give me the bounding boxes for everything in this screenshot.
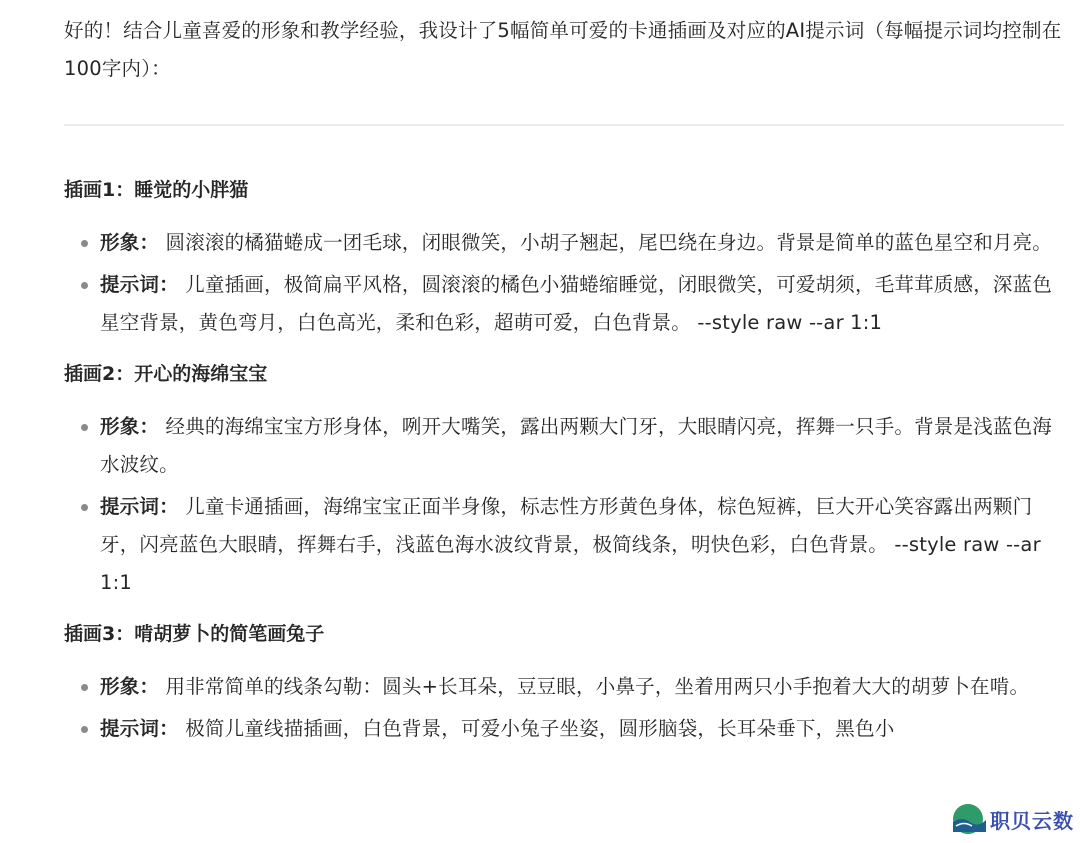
item-text: 用非常简单的线条勾勒：圆头+长耳朵，豆豆眼，小鼻子，坐着用两只小手抱着大大的胡萝… bbox=[159, 675, 1029, 698]
list-item: 形象： 圆滚滚的橘猫蜷成一团毛球，闭眼微笑，小胡子翘起，尾巴绕在身边。背景是简单… bbox=[64, 224, 1064, 262]
section-title: 插画3：啃胡萝卜的简笔画兔子 bbox=[64, 614, 1064, 654]
bullet-icon bbox=[81, 424, 88, 431]
item-label: 提示词： bbox=[100, 495, 179, 518]
item-text: 圆滚滚的橘猫蜷成一团毛球，闭眼微笑，小胡子翘起，尾巴绕在身边。背景是简单的蓝色星… bbox=[159, 231, 1052, 254]
item-label: 提示词： bbox=[100, 717, 179, 740]
list-item: 形象： 用非常简单的线条勾勒：圆头+长耳朵，豆豆眼，小鼻子，坐着用两只小手抱着大… bbox=[64, 668, 1064, 706]
section-title: 插画1：睡觉的小胖猫 bbox=[64, 170, 1064, 210]
item-text: 极简儿童线描插画，白色背景，可爱小兔子坐姿，圆形脑袋，长耳朵垂下，黑色小 bbox=[179, 717, 895, 740]
section-list: 形象： 用非常简单的线条勾勒：圆头+长耳朵，豆豆眼，小鼻子，坐着用两只小手抱着大… bbox=[64, 668, 1064, 748]
item-text: 儿童卡通插画，海绵宝宝正面半身像，标志性方形黄色身体，棕色短裤，巨大开心笑容露出… bbox=[100, 495, 1041, 594]
list-item: 提示词： 极简儿童线描插画，白色背景，可爱小兔子坐姿，圆形脑袋，长耳朵垂下，黑色… bbox=[64, 710, 1064, 748]
bullet-icon bbox=[81, 282, 88, 289]
bullet-icon bbox=[81, 684, 88, 691]
watermark: 职贝云数 bbox=[950, 798, 1075, 840]
list-item: 提示词： 儿童卡通插画，海绵宝宝正面半身像，标志性方形黄色身体，棕色短裤，巨大开… bbox=[64, 488, 1064, 602]
item-label: 提示词： bbox=[100, 273, 179, 296]
list-item: 形象： 经典的海绵宝宝方形身体，咧开大嘴笑，露出两颗大门牙，大眼睛闪亮，挥舞一只… bbox=[64, 408, 1064, 484]
item-text: 经典的海绵宝宝方形身体，咧开大嘴笑，露出两颗大门牙，大眼睛闪亮，挥舞一只手。背景… bbox=[100, 415, 1052, 476]
item-label: 形象： bbox=[100, 231, 159, 254]
bullet-icon bbox=[81, 504, 88, 511]
section-title: 插画2：开心的海绵宝宝 bbox=[64, 354, 1064, 394]
item-text: 儿童插画，极简扁平风格，圆滚滚的橘色小猫蜷缩睡觉，闭眼微笑，可爱胡须，毛茸茸质感… bbox=[100, 273, 1052, 334]
watermark-text: 职贝云数 bbox=[990, 805, 1074, 834]
list-item: 提示词： 儿童插画，极简扁平风格，圆滚滚的橘色小猫蜷缩睡觉，闭眼微笑，可爱胡须，… bbox=[64, 266, 1064, 342]
bullet-icon bbox=[81, 726, 88, 733]
watermark-logo-icon bbox=[950, 802, 988, 836]
bullet-icon bbox=[81, 240, 88, 247]
section-list: 形象： 经典的海绵宝宝方形身体，咧开大嘴笑，露出两颗大门牙，大眼睛闪亮，挥舞一只… bbox=[64, 408, 1064, 602]
chat-message: 好的！结合儿童喜爱的形象和教学经验，我设计了5幅简单可爱的卡通插画及对应的AI提… bbox=[64, 0, 1064, 752]
item-label: 形象： bbox=[100, 675, 159, 698]
item-label: 形象： bbox=[100, 415, 159, 438]
intro-text: 好的！结合儿童喜爱的形象和教学经验，我设计了5幅简单可爱的卡通插画及对应的AI提… bbox=[64, 12, 1064, 88]
section-list: 形象： 圆滚滚的橘猫蜷成一团毛球，闭眼微笑，小胡子翘起，尾巴绕在身边。背景是简单… bbox=[64, 224, 1064, 342]
